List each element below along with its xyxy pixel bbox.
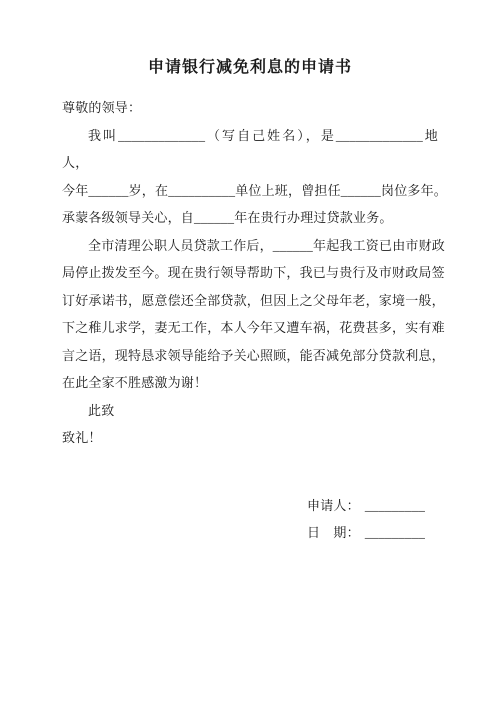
body-line: 订好承诺书，愿意偿还全部贷款，但因上之父母年老，家境一般，: [62, 287, 438, 315]
body-line: 今年______岁，在__________单位上班，曾担任______岗位多年。: [62, 177, 438, 205]
letter-title: 申请银行减免利息的申请书: [62, 56, 438, 80]
closing-zhili-line: 致礼！: [62, 424, 438, 452]
letter-content: 申请银行减免利息的申请书 尊敬的领导： 我叫_____________（写自己姓…: [0, 0, 500, 547]
closing-cizhi-line: 此致: [62, 397, 438, 425]
body-line: 在此全家不胜感激为谢！: [62, 369, 438, 397]
body-line: 言之语，现特恳求领导能给予关心照顾，能否减免部分贷款利息，: [62, 342, 438, 370]
greeting-line: 尊敬的领导：: [62, 94, 438, 122]
body-line: 人，: [62, 149, 438, 177]
signature-block: 申请人：_________ 日 期：_________: [307, 492, 438, 547]
applicant-label: 申请人：: [307, 498, 360, 513]
document-page: 申请银行减免利息的申请书 尊敬的领导： 我叫_____________（写自己姓…: [0, 0, 500, 707]
body-line: 全市清理公职人员贷款工作后，______年起我工资已由市财政: [62, 232, 438, 260]
body-line: 局停止拨发至今。现在贵行领导帮助下，我已与贵行及市财政局签: [62, 259, 438, 287]
body-line: 下之稚儿求学，妻无工作，本人今年又遭车祸，花费甚多，实有难: [62, 314, 438, 342]
applicant-blank-field: _________: [365, 498, 425, 513]
body-line: 我叫_____________（写自己姓名），是_____________地: [62, 122, 438, 150]
date-label: 日 期：: [307, 525, 360, 540]
date-blank-field: _________: [365, 525, 425, 540]
body-line: 承蒙各级领导关心，自______年在贵行办理过贷款业务。: [62, 204, 438, 232]
applicant-line: 申请人：_________: [307, 492, 438, 520]
date-line: 日 期：_________: [307, 519, 438, 547]
